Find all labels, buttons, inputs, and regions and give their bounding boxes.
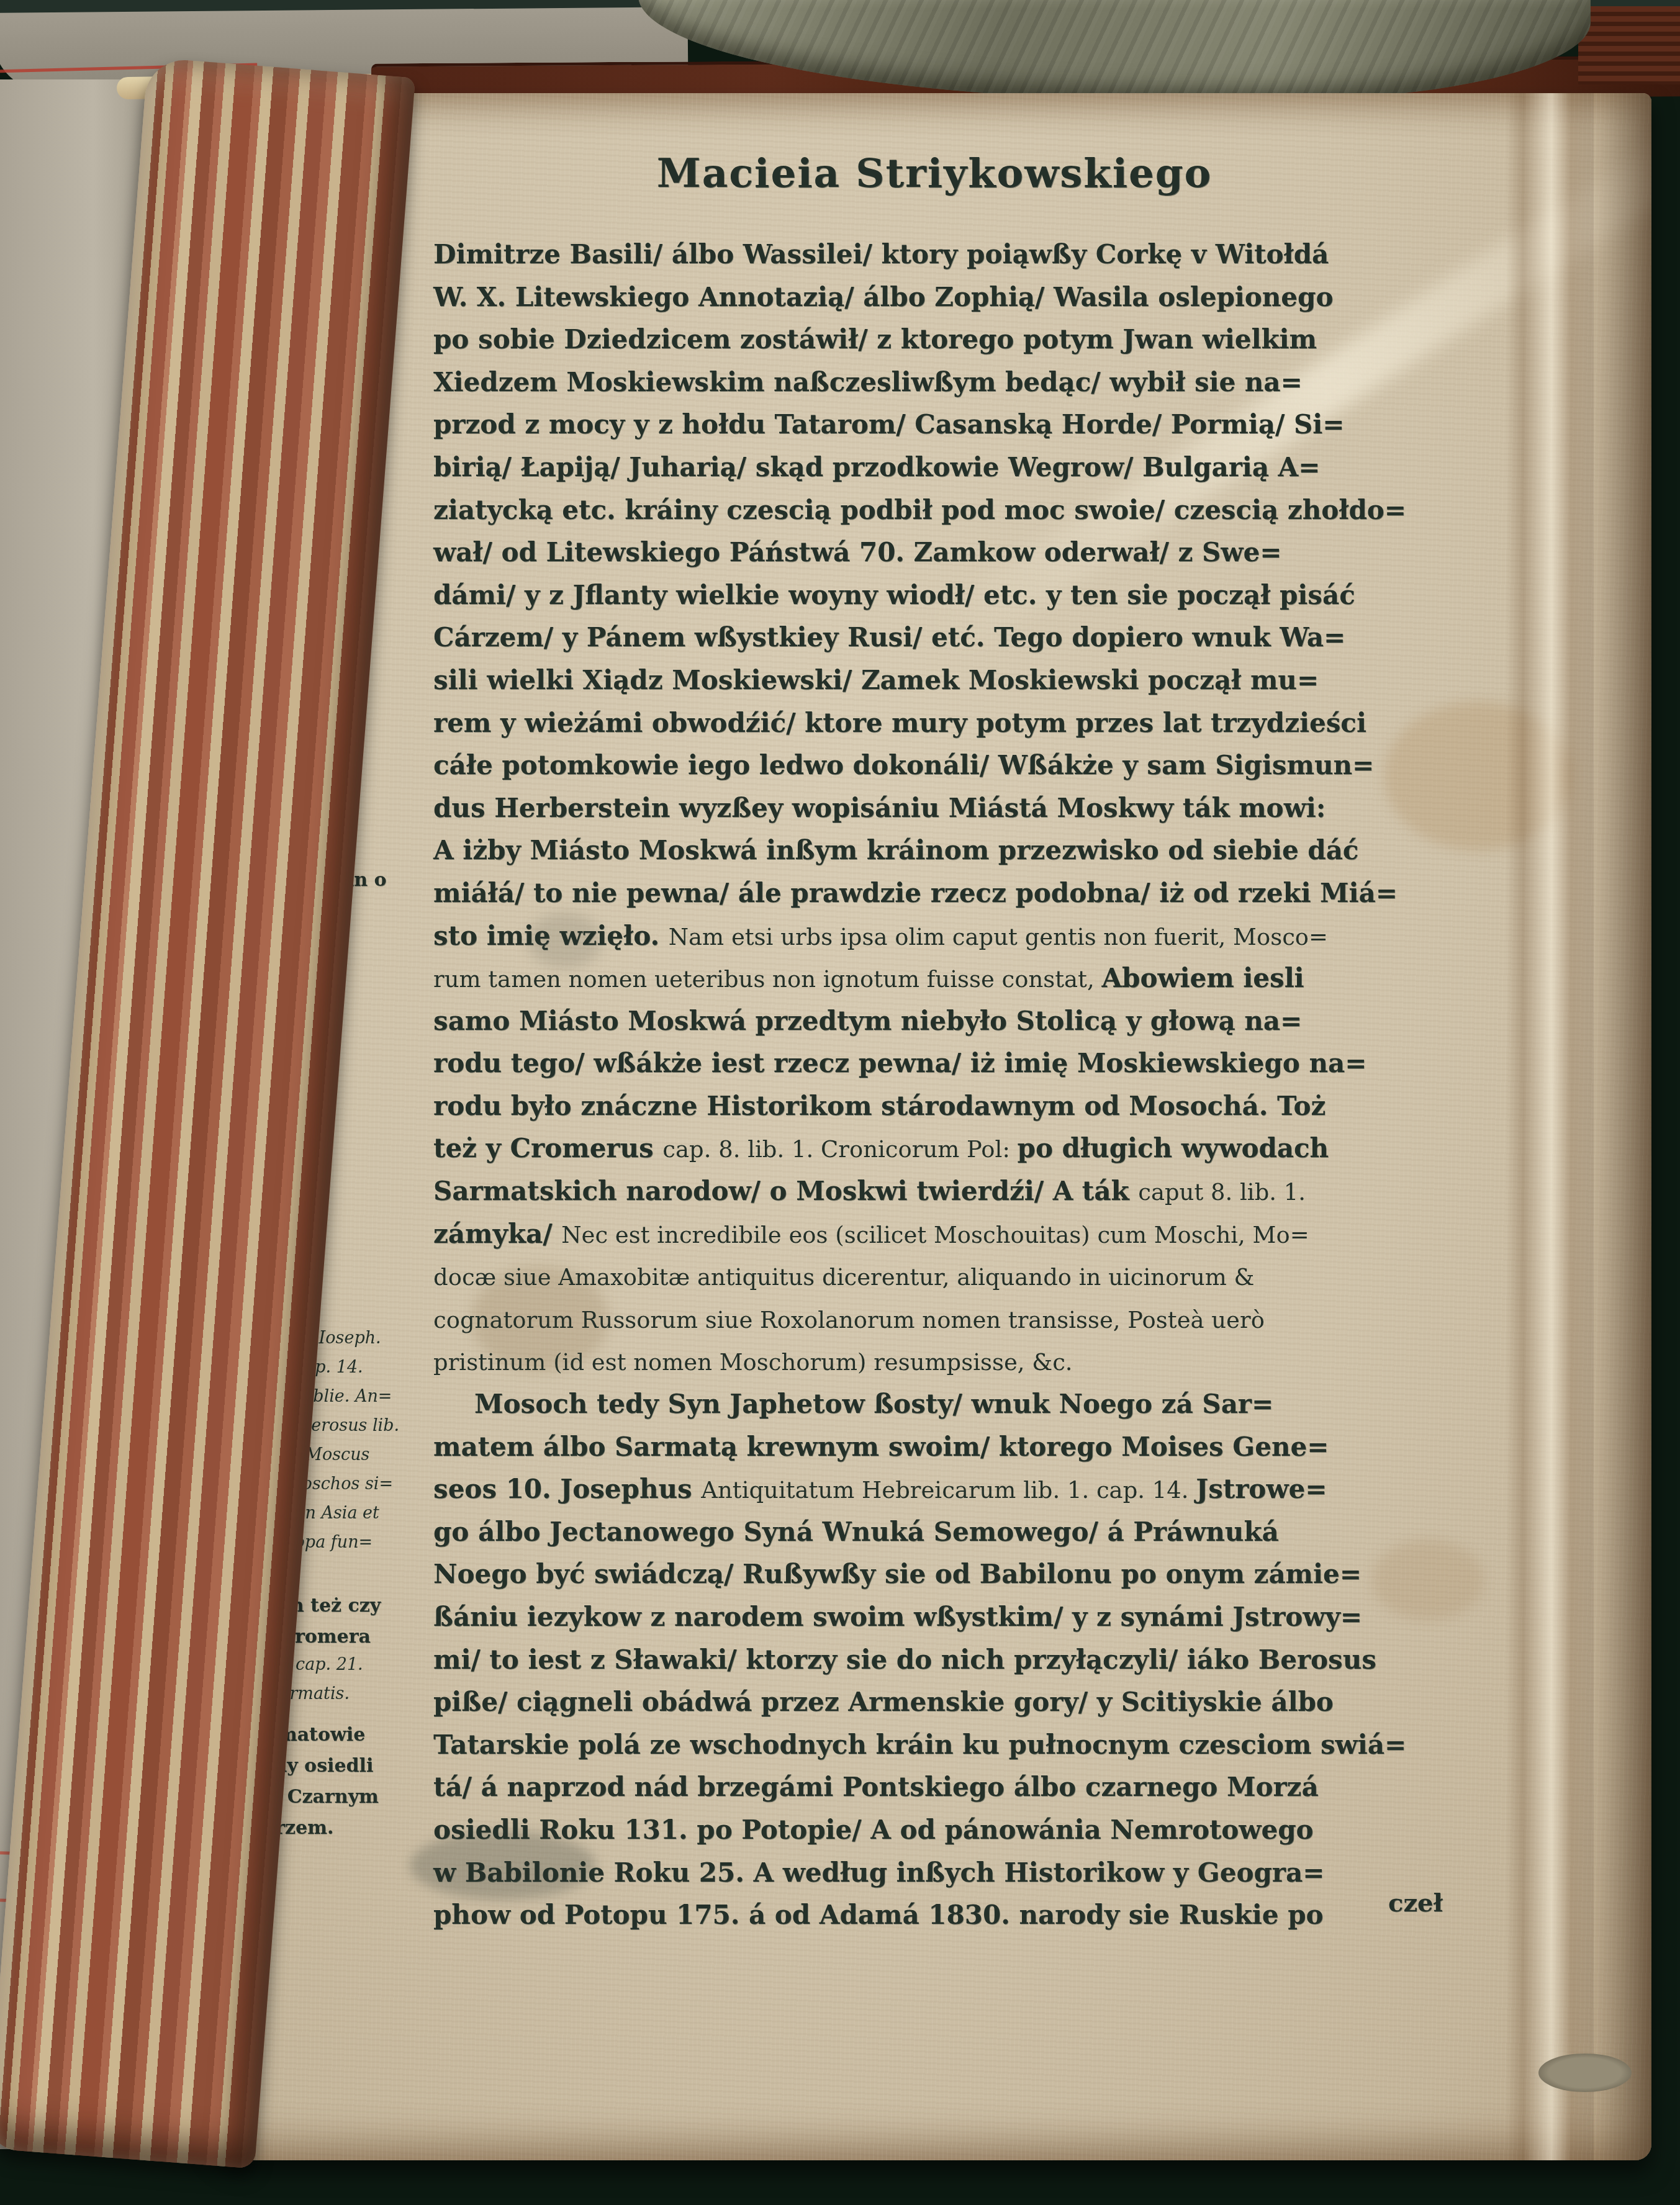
text-segment: w Babilonie Roku 25. A według inßych His… — [433, 1857, 1324, 1888]
body-text-line: birią/ Łapiją/ Juharią/ skąd przodkowie … — [433, 446, 1452, 489]
body-text-line: sto imię wzięło. Nam etsi urbs ipsa olim… — [433, 915, 1452, 958]
body-text-line: A iżby Miásto Moskwá inßym kráinom przez… — [433, 829, 1452, 872]
text-segment: po długich wywodach — [1018, 1133, 1329, 1163]
body-text-line: phow od Potopu 175. á od Adamá 1830. nar… — [433, 1894, 1452, 1937]
sewing-band — [1538, 2054, 1632, 2092]
text-segment: Xiedzem Moskiewskim naßczesliwßym bedąc/… — [433, 367, 1303, 397]
text-segment: dus Herberstein wyzßey wopisániu Miástá … — [433, 793, 1325, 823]
text-segment: phow od Potopu 175. á od Adamá 1830. nar… — [433, 1900, 1324, 1930]
text-segment: samo Miásto Moskwá przedtym niebyło Stol… — [433, 1006, 1302, 1036]
running-title: Macieia Striykowskiego — [428, 150, 1440, 197]
text-segment: Mosoch tedy Syn Japhetow ßosty/ wnuk Noe… — [474, 1389, 1273, 1419]
text-segment: po sobie Dziedzicem zostáwił/ z ktorego … — [433, 324, 1317, 354]
text-segment: rodu było znáczne Historikom stárodawnym… — [433, 1091, 1325, 1121]
body-text-line: W. X. Litewskiego Annotazią/ álbo Zophią… — [433, 276, 1452, 319]
catchword: czeł — [1316, 1888, 1515, 1918]
body-text-line: cognatorum Russorum siue Roxolanorum nom… — [433, 1298, 1452, 1341]
text-segment: rem y wieżámi obwodźić/ ktore mury potym… — [433, 708, 1366, 738]
binding-cloth — [638, 0, 1591, 101]
text-segment: Noego być swiádczą/ Rußywßy sie od Babil… — [433, 1559, 1362, 1589]
text-segment: tá/ á naprzod nád brzegámi Pontskiego ál… — [433, 1772, 1319, 1802]
text-segment: Jstrowe= — [1196, 1474, 1327, 1504]
text-segment: cap. 8. lib. 1. Cronicorum Pol: — [662, 1136, 1017, 1163]
body-text-line: rem y wieżámi obwodźić/ ktore mury potym… — [433, 702, 1452, 745]
body-text-line: pristinum (id est nomen Moschorum) resum… — [433, 1340, 1452, 1383]
text-segment: zámyka/ — [433, 1219, 561, 1249]
body-text-line: Mosoch tedy Syn Japhetow ßosty/ wnuk Noe… — [433, 1383, 1452, 1426]
book-scan: { "page_header": { "number": "91.", "run… — [0, 0, 1680, 2205]
body-text-line: osiedli Roku 131. po Potopie/ A od pánow… — [433, 1809, 1452, 1852]
text-segment: Sarmatskich narodow/ o Moskwi twierdźi/ … — [433, 1176, 1138, 1206]
body-text-line: Noego być swiádczą/ Rußywßy sie od Babil… — [433, 1553, 1452, 1596]
body-text-line: zámyka/ Nec est incredibile eos (scilice… — [433, 1213, 1452, 1256]
text-segment: A iżby Miásto Moskwá inßym kráinom przez… — [433, 835, 1358, 865]
text-segment: rodu tego/ wßákże iest rzecz pewna/ iż i… — [433, 1048, 1366, 1078]
text-segment: wał/ od Litewskiego Páństwá 70. Zamkow o… — [433, 537, 1281, 567]
body-text-line: cáłe potomkowie iego ledwo dokonáli/ Wßá… — [433, 744, 1452, 787]
body-text-line: w Babilonie Roku 25. A według inßych His… — [433, 1852, 1452, 1895]
text-segment: seos 10. Josephus — [433, 1474, 701, 1504]
text-segment: go álbo Jectanowego Syná Wnuká Semowego/… — [433, 1517, 1279, 1547]
body-text-line: Cárzem/ y Pánem wßystkiey Rusi/ etć. Teg… — [433, 616, 1452, 659]
body-text-line: też y Cromerus cap. 8. lib. 1. Cronicoru… — [433, 1127, 1452, 1170]
body-text-line: Sarmatskich narodow/ o Moskwi twierdźi/ … — [433, 1170, 1452, 1213]
text-segment: Cárzem/ y Pánem wßystkiey Rusi/ etć. Teg… — [433, 622, 1345, 652]
text-segment: Tatarskie polá ze wschodnych kráin ku pu… — [433, 1729, 1406, 1760]
body-text-line: docæ siue Amaxobitæ antiquitus dicerentu… — [433, 1255, 1452, 1298]
body-text-line: mi/ to iest z Sławaki/ ktorzy sie do nic… — [433, 1639, 1452, 1682]
body-text-line: rum tamen nomen ueteribus non ignotum fu… — [433, 957, 1452, 1000]
body-text-line: przod z mocy y z hołdu Tatarom/ Casanską… — [433, 404, 1452, 446]
body-text-line: miáłá/ to nie pewna/ ále prawdzie rzecz … — [433, 872, 1452, 915]
text-segment: sili wielki Xiądz Moskiewski/ Zamek Mosk… — [433, 665, 1319, 695]
body-text-line: seos 10. Josephus Antiquitatum Hebreicar… — [433, 1468, 1452, 1511]
body-text-line: ßániu iezykow z narodem swoim wßystkim/ … — [433, 1596, 1452, 1639]
text-segment: birią/ Łapiją/ Juharią/ skąd przodkowie … — [433, 452, 1320, 482]
body-text-line: matem álbo Sarmatą krewnym swoim/ ktoreg… — [433, 1426, 1452, 1469]
text-segment: ziatycką etc. kráiny czescią podbił pod … — [433, 495, 1406, 525]
body-text-line: po sobie Dziedzicem zostáwił/ z ktorego … — [433, 318, 1452, 361]
text-segment: dámi/ y z Jflanty wielkie woyny wiodł/ e… — [433, 580, 1355, 610]
text-segment: Dimitrze Basili/ álbo Wassilei/ ktory po… — [433, 239, 1329, 269]
body-text-line: dámi/ y z Jflanty wielkie woyny wiodł/ e… — [433, 574, 1452, 617]
text-segment: Abowiem iesli — [1101, 963, 1304, 993]
text-segment: rum tamen nomen ueteribus non ignotum fu… — [433, 966, 1101, 993]
body-text-line: samo Miásto Moskwá przedtym niebyło Stol… — [433, 1000, 1452, 1043]
text-segment: pristinum (id est nomen Moschorum) resum… — [433, 1349, 1073, 1376]
text-segment: matem álbo Sarmatą krewnym swoim/ ktoreg… — [433, 1432, 1329, 1462]
text-segment: cáłe potomkowie iego ledwo dokonáli/ Wßá… — [433, 750, 1374, 780]
text-segment: sto imię wzięło. — [433, 921, 669, 951]
gutter-shadow — [1594, 93, 1651, 2160]
text-segment: piße/ ciągneli obádwá przez Armenskie go… — [433, 1687, 1334, 1717]
body-text-line: Xiedzem Moskiewskim naßczesliwßym bedąc/… — [433, 361, 1452, 404]
body-text-line: Dimitrze Basili/ álbo Wassilei/ ktory po… — [433, 233, 1452, 276]
text-segment: cognatorum Russorum siue Roxolanorum nom… — [433, 1307, 1265, 1333]
body-text-line: ziatycką etc. kráiny czescią podbił pod … — [433, 489, 1452, 532]
page-surface: 91. Macieia Striykowskiego Zwyciestwá yß… — [205, 93, 1651, 2160]
body-text-line: piße/ ciągneli obádwá przez Armenskie go… — [433, 1681, 1452, 1724]
body-text-line: wał/ od Litewskiego Páństwá 70. Zamkow o… — [433, 531, 1452, 574]
text-segment: przod z mocy y z hołdu Tatarom/ Casanską… — [433, 409, 1344, 440]
book-block-top-edge-right — [1578, 6, 1680, 84]
gutter-fold — [1506, 93, 1594, 2160]
text-segment: miáłá/ to nie pewna/ ále prawdzie rzecz … — [433, 878, 1398, 908]
text-segment: mi/ to iest z Sławaki/ ktorzy sie do nic… — [433, 1644, 1376, 1675]
text-segment: ßániu iezykow z narodem swoim wßystkim/ … — [433, 1602, 1362, 1632]
text-segment: W. X. Litewskiego Annotazią/ álbo Zophią… — [433, 282, 1333, 312]
text-segment: docæ siue Amaxobitæ antiquitus dicerentu… — [433, 1264, 1254, 1291]
text-segment: też y Cromerus — [433, 1133, 662, 1163]
text-segment: Nam etsi urbs ipsa olim caput gentis non… — [669, 924, 1328, 950]
text-segment: osiedli Roku 131. po Potopie/ A od pánow… — [433, 1815, 1314, 1845]
body-text-line: rodu tego/ wßákże iest rzecz pewna/ iż i… — [433, 1042, 1452, 1085]
body-text: Dimitrze Basili/ álbo Wassilei/ ktory po… — [433, 233, 1452, 1937]
body-text-line: rodu było znáczne Historikom stárodawnym… — [433, 1085, 1452, 1128]
text-segment: caput 8. lib. 1. — [1138, 1179, 1306, 1206]
text-segment: Antiquitatum Hebreicarum lib. 1. cap. 14… — [701, 1477, 1196, 1504]
body-text-line: dus Herberstein wyzßey wopisániu Miástá … — [433, 787, 1452, 830]
body-text-line: sili wielki Xiądz Moskiewski/ Zamek Mosk… — [433, 659, 1452, 702]
body-text-line: tá/ á naprzod nád brzegámi Pontskiego ál… — [433, 1766, 1452, 1809]
body-text-line: Tatarskie polá ze wschodnych kráin ku pu… — [433, 1724, 1452, 1767]
text-segment: Nec est incredibile eos (scilicet Moscho… — [561, 1222, 1309, 1248]
body-text-line: go álbo Jectanowego Syná Wnuká Semowego/… — [433, 1511, 1452, 1554]
